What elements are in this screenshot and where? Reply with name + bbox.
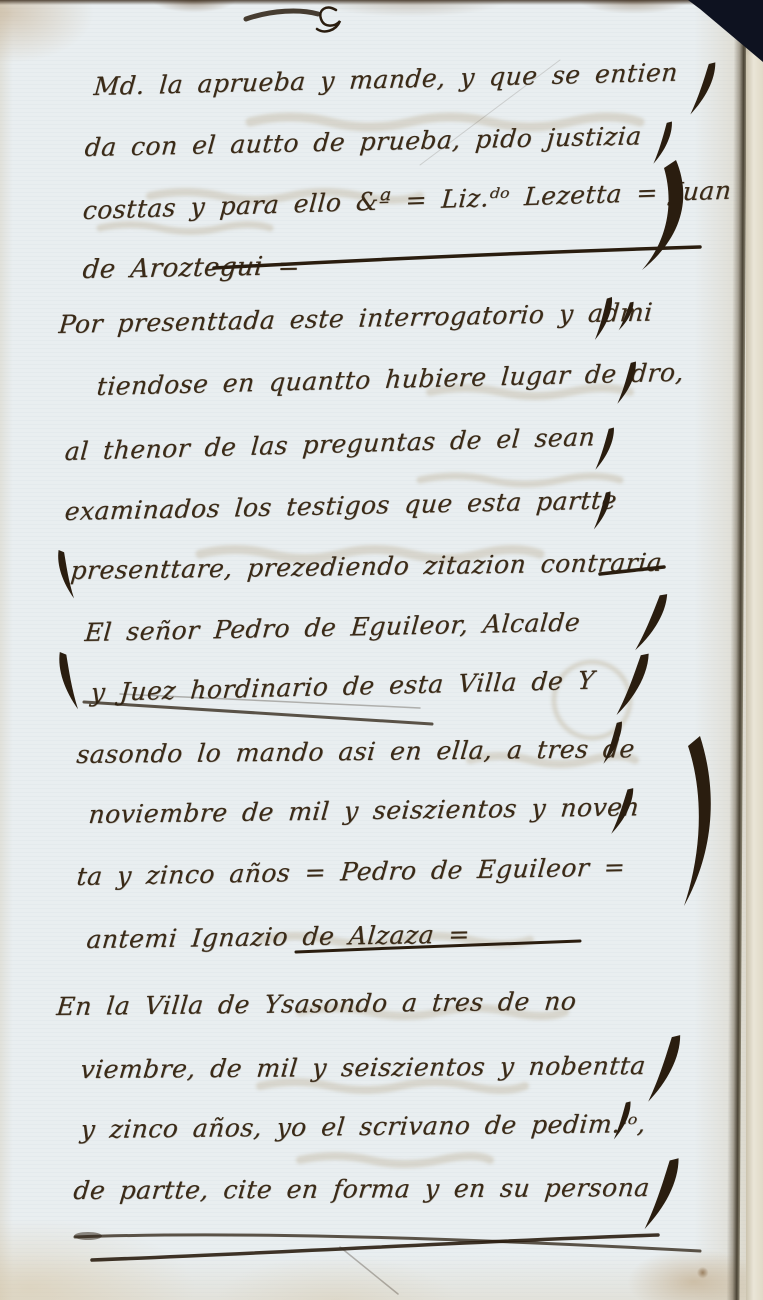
crossed-closing-lines	[74, 1232, 700, 1294]
line-end-flourish	[614, 1100, 631, 1141]
line-end-flourishes	[58, 60, 716, 1232]
dash-after-contraria	[600, 567, 664, 574]
scanned-manuscript-photo: Md. la aprueba y mande, y que se entiend…	[0, 0, 763, 1300]
line-end-flourish	[619, 300, 634, 332]
line-end-flourish	[617, 650, 650, 719]
faint-scratch	[420, 60, 560, 165]
top-ink-stroke	[246, 11, 318, 19]
line-end-flourish	[594, 490, 611, 531]
line-end-flourish	[635, 590, 668, 654]
rule-after-alzaza-signature	[296, 941, 580, 952]
line-end-flourish	[617, 360, 636, 405]
rule-after-aroztegui-signature	[214, 247, 700, 268]
curled-e-flourish	[317, 8, 340, 32]
line-end-flourish	[611, 786, 633, 836]
big-right-margin-flourish	[684, 736, 711, 906]
line-end-flourish	[690, 60, 715, 117]
line-end-flourish	[648, 1032, 681, 1105]
juan-descender-flourish	[642, 160, 683, 270]
adjacent-page-edge	[746, 0, 763, 1300]
line-end-flourish	[595, 296, 612, 341]
line-end-flourish	[603, 720, 622, 765]
strike-under-juez-line	[84, 702, 432, 724]
line-end-flourish	[645, 1155, 680, 1232]
line-start-flourish	[58, 550, 74, 598]
line-end-flourish	[595, 426, 614, 471]
ink-marks-layer	[0, 0, 763, 1300]
line-start-flourish	[59, 652, 78, 709]
line-end-flourish	[653, 120, 672, 165]
